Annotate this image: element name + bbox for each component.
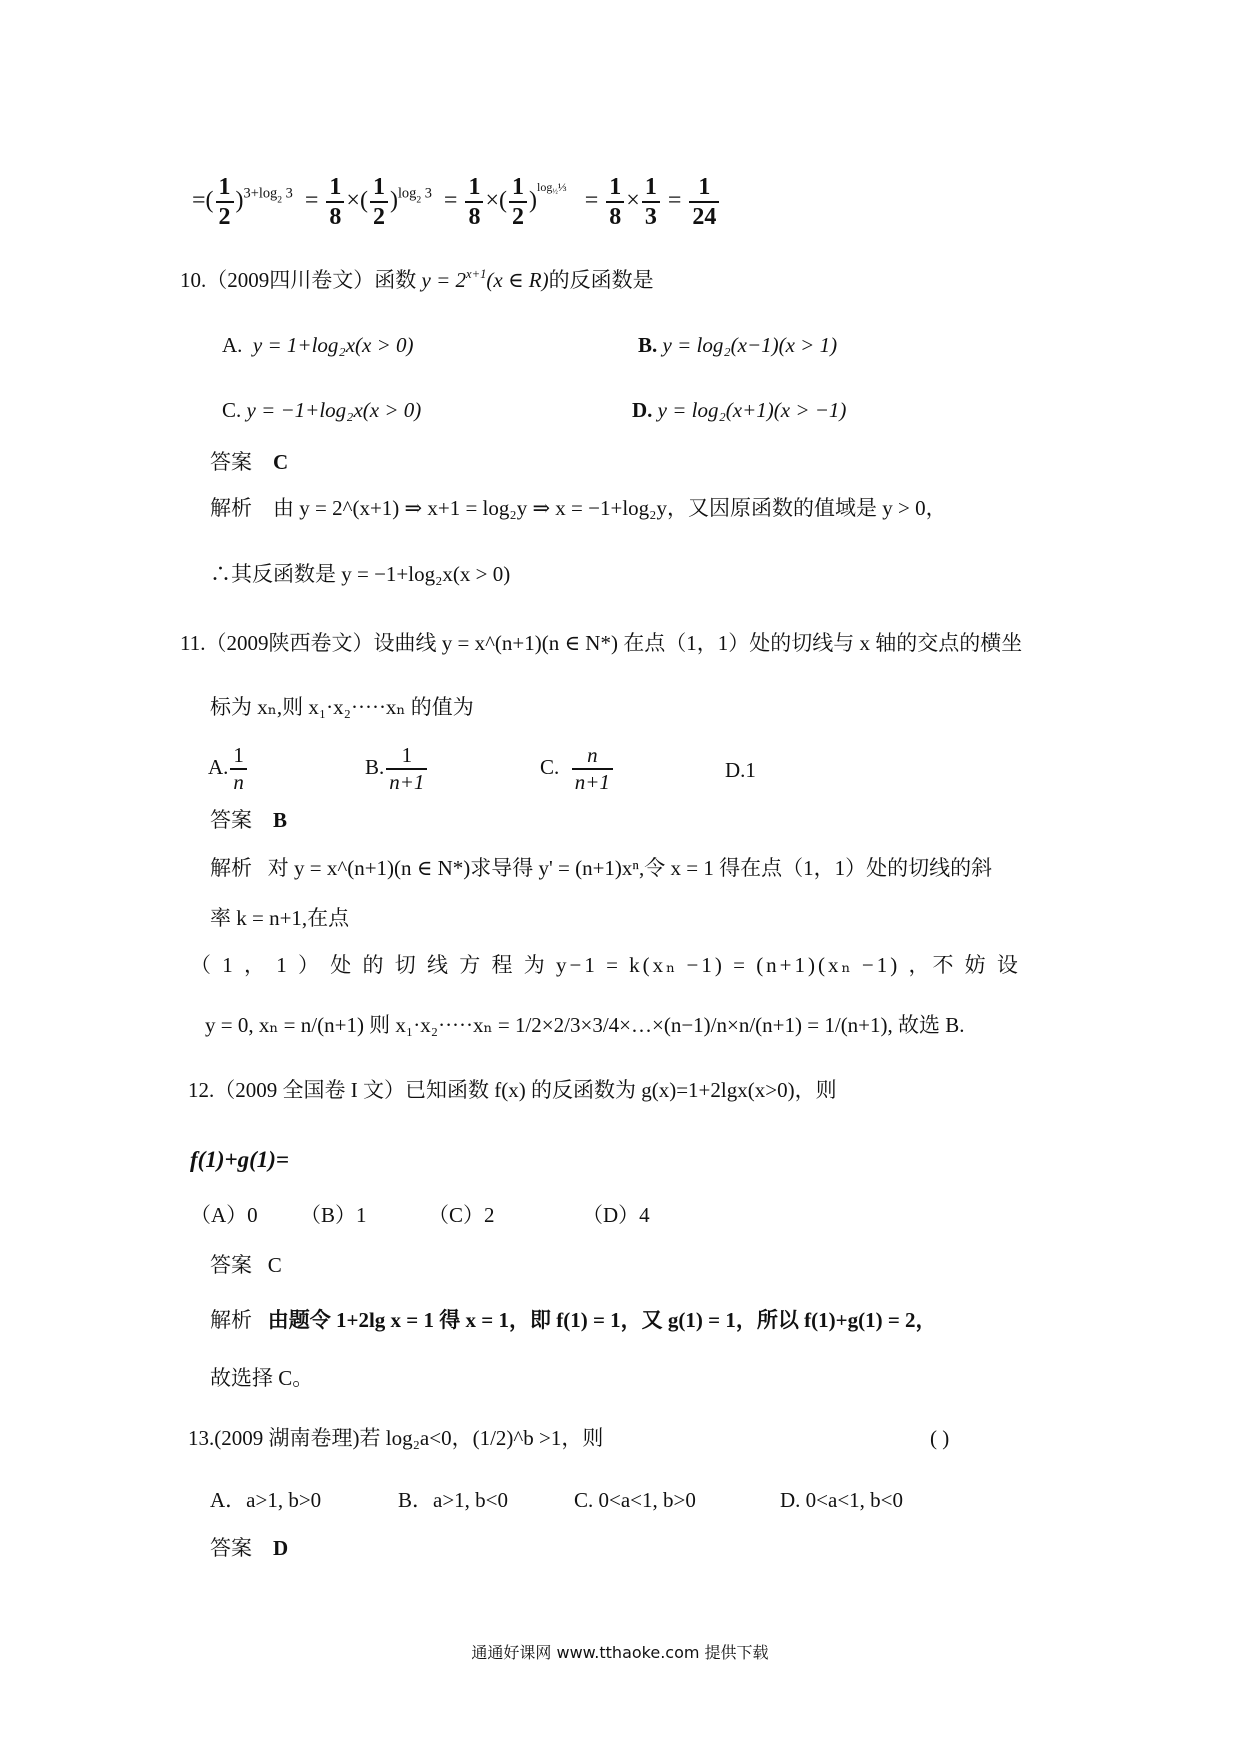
q12-answer: 答案 C [210, 1255, 282, 1276]
q10-option-c[interactable]: C. y = −1+log₂x(x > 0) [222, 400, 421, 421]
q12-analysis-1: 解析 由题令 1+2lg x = 1 得 x = 1，即 f(1) = 1，又 … [210, 1310, 937, 1331]
q12-option-d[interactable]: （D）4 [582, 1205, 650, 1226]
q10-option-b[interactable]: B. y = log₂(x−1)(x > 1) [638, 335, 837, 356]
q10-answer: 答案 C [210, 452, 288, 473]
q13-answer: 答案 D [210, 1538, 288, 1559]
q13-option-d[interactable]: D. 0<a<1, b<0 [780, 1490, 903, 1511]
q13-stem: 13.(2009 湖南卷理)若 log₂a<0，(1/2)^b >1，则 [188, 1428, 603, 1449]
q13-option-a[interactable]: A．a>1, b>0 [210, 1490, 321, 1511]
q10-source: （2009四川卷文） [206, 268, 374, 292]
q12-analysis-2: 故选择 C。 [210, 1368, 313, 1389]
q12-stem-1: 12.（2009 全国卷 I 文）已知函数 f(x) 的反函数为 g(x)=1+… [188, 1080, 837, 1101]
q12-option-c[interactable]: （C）2 [428, 1205, 495, 1226]
q11-option-d[interactable]: D.1 [725, 760, 756, 781]
q13-option-c[interactable]: C. 0<a<1, b>0 [574, 1490, 696, 1511]
q12-option-a[interactable]: （A）0 [190, 1205, 258, 1226]
q11-stem-2: 标为 xₙ,则 x₁·x₂·····xₙ 的值为 [210, 697, 474, 718]
q10-stem: 10.（2009四川卷文）函数 y = 2x+1(x ∈ R)的反函数是 [180, 270, 654, 291]
q10-answer-value: C [273, 450, 288, 474]
page-footer: 通通好课网 www.tthaoke.com 提供下载 [0, 1640, 1240, 1663]
q10-option-a[interactable]: A. y = 1+log₂x(x > 0) [222, 335, 414, 356]
q11-option-a[interactable]: A.1n [208, 745, 249, 793]
q11-analysis-4: y = 0, xₙ = n/(n+1) 则 x₁·x₂·····xₙ = 1/2… [205, 1015, 965, 1036]
q11-answer: 答案 B [210, 810, 287, 831]
q12-stem-2: f(1)+g(1)= [190, 1148, 289, 1171]
q13-answer-blank[interactable]: ( ) [930, 1428, 949, 1449]
prev-solution-line: =(12)3+log2 3 = 18×(12)log2 3 = 18×(12)l… [192, 175, 721, 229]
q10-analysis-2: ∴其反函数是 y = −1+log₂x(x > 0) [210, 564, 510, 585]
q11-analysis-2: 率 k = n+1,在点 [210, 908, 349, 929]
q11-stem-1: 11.（2009陕西卷文）设曲线 y = x^(n+1)(n ∈ N*) 在点（… [180, 633, 1022, 654]
q11-option-b[interactable]: B.1n+1 [365, 745, 429, 793]
q11-analysis-3: （ 1 ， 1 ） 处 的 切 线 方 程 为 y−1 = k(xₙ −1) =… [190, 955, 1021, 976]
q10-option-d[interactable]: D. y = log₂(x+1)(x > −1) [632, 400, 846, 421]
q12-option-b[interactable]: （B）1 [300, 1205, 367, 1226]
q10-number: 10. [180, 268, 206, 292]
q10-analysis-1: 解析 由 y = 2^(x+1) ⇒ x+1 = log₂y ⇒ x = −1+… [210, 498, 947, 519]
q13-option-b[interactable]: B．a>1, b<0 [398, 1490, 508, 1511]
q11-option-c[interactable]: C. nn+1 [540, 745, 615, 793]
q11-analysis-1: 解析 对 y = x^(n+1)(n ∈ N*)求导得 y' = (n+1)xⁿ… [210, 858, 992, 879]
